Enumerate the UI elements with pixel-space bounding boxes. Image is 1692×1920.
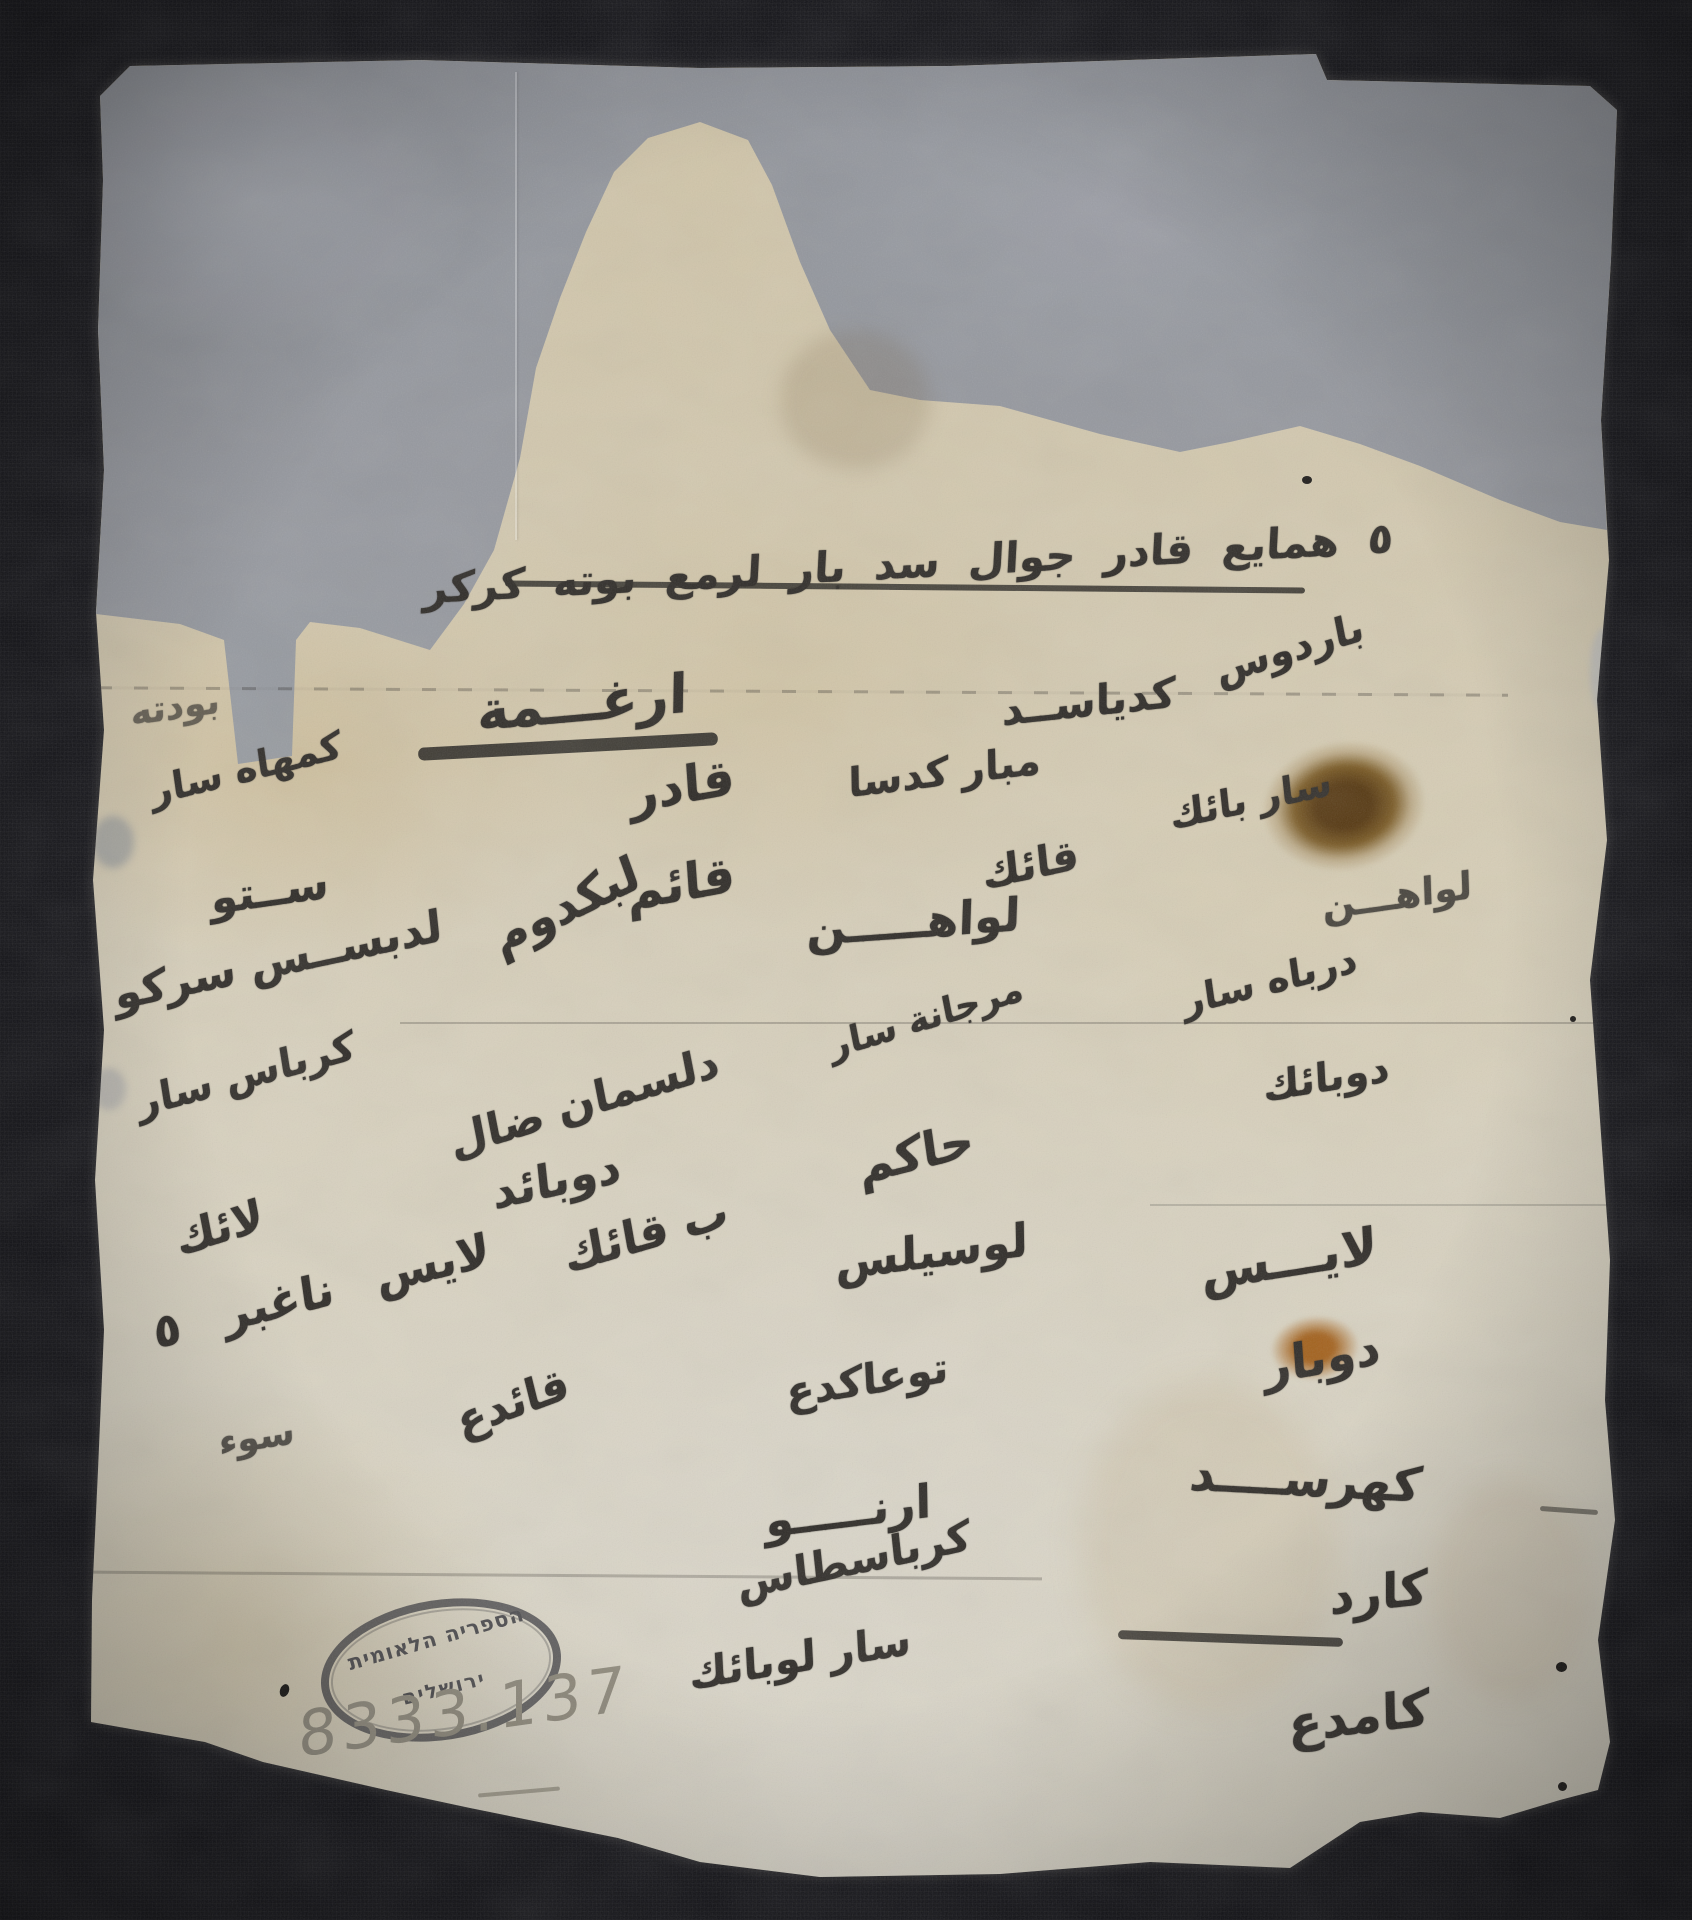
handwritten-word: كرباس سار — [134, 1024, 358, 1126]
handwritten-word: توعاكدع — [785, 1344, 949, 1416]
archival-scan: ٥ همايع قادر جوال سد بار لرمع بوته كركرب… — [0, 0, 1692, 1920]
handwritten-word: لبكدوم — [486, 847, 646, 966]
tan-wash-bottom-right — [1430, 1480, 1590, 1700]
handwritten-word: سوء — [218, 1412, 296, 1464]
handwritten-word: كارد — [1330, 1562, 1428, 1625]
handwritten-word: قادر — [628, 750, 736, 824]
handwritten-word: درباه سار — [1180, 939, 1360, 1024]
hole-right-1 — [1556, 1662, 1567, 1672]
ink-stroke — [1540, 1506, 1598, 1515]
handwritten-word: لواهـــن — [1322, 865, 1473, 928]
fold-crease-upper — [98, 686, 1508, 696]
crease-dot — [1570, 1016, 1576, 1022]
speck-top — [1302, 476, 1312, 484]
handwritten-word: كدياســد — [1002, 670, 1176, 735]
fold-crease-mid — [400, 1022, 1615, 1024]
handwritten-word: ســتو — [210, 859, 329, 924]
handwritten-word: باردوس — [1212, 605, 1367, 693]
fold-crease-right — [1150, 1204, 1612, 1206]
handwritten-word: كامدع — [1288, 1681, 1430, 1754]
tan-wash-bottom-center — [1080, 1380, 1340, 1710]
handwritten-word: ارغـــمة — [477, 664, 688, 742]
handwritten-word: لوسيلس — [835, 1214, 1028, 1288]
blue-streak-left-2 — [92, 1068, 126, 1110]
tissue-remnant-right-edge — [1590, 628, 1616, 714]
handwritten-word: مبار كدسا — [848, 738, 1041, 806]
handwritten-word: لواهـــــن — [806, 889, 1021, 955]
ink-fleck — [278, 1683, 291, 1698]
hole-right-2 — [1558, 1782, 1567, 1791]
handwritten-word: دوبائد — [490, 1141, 623, 1219]
handwritten-word: ٥ همايع قادر جوال سد بار لرمع بوته كركر — [423, 515, 1395, 612]
blue-streak-left-1 — [92, 816, 134, 868]
manuscript-paper: ٥ همايع قادر جوال سد بار لرمع بوته كركرب… — [0, 0, 1692, 1920]
handwritten-word: مرجانة سار — [826, 969, 1026, 1067]
handwritten-word: حاكم — [855, 1113, 977, 1194]
ink-stroke — [1118, 1630, 1343, 1647]
handwritten-word: لدبســس سركو — [112, 902, 444, 1020]
handwritten-word: بودته — [130, 681, 220, 733]
handwritten-word: دوبائك — [1262, 1046, 1390, 1110]
ink-stroke — [418, 732, 718, 761]
handwritten-word: لايـــس — [1200, 1218, 1379, 1301]
handwritten-word: لائك — [172, 1192, 268, 1266]
handwritten-word: سار بائك — [1168, 762, 1334, 838]
paper-wrapper: ٥ همايع قادر جوال سد بار لرمع بوته كركرب… — [0, 0, 1692, 1920]
handwritten-word: دوبار — [1262, 1321, 1382, 1394]
handwritten-word: قائدع — [452, 1360, 574, 1447]
catalog-underline — [478, 1786, 560, 1797]
handwritten-word: سار لوبائك — [688, 1617, 912, 1698]
handwritten-word: كهرســــد — [1187, 1448, 1425, 1512]
